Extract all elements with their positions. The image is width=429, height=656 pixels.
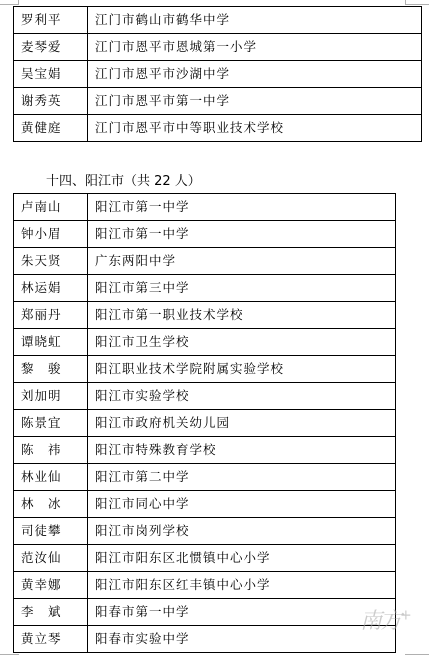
school-name: 阳春市第一中学 <box>88 599 396 626</box>
teacher-name: 罗利平 <box>14 7 88 34</box>
table-row: 卢南山阳江市第一中学 <box>14 194 396 221</box>
table-row: 刘加明阳江市实验学校 <box>14 383 396 410</box>
jiangmen-roster-table: 罗利平 江门市鹤山市鹤华中学 麦琴爱 江门市恩平市恩城第一小学 吴宝娟 江门市恩… <box>13 6 422 142</box>
school-name: 阳江职业技术学院附属实验学校 <box>88 356 396 383</box>
table-row: 谭晓虹阳江市卫生学校 <box>14 329 396 356</box>
table-row: 黄幸娜阳江市阳东区红丰镇中心小学 <box>14 572 396 599</box>
section-heading-yangjiang: 十四、阳江市（共 22 人） <box>46 173 201 191</box>
teacher-name: 司徒攀 <box>14 518 88 545</box>
table-row: 黄立琴阳春市实验中学 <box>14 626 396 653</box>
table-row: 陈 祎阳江市特殊教育学校 <box>14 437 396 464</box>
school-name: 阳江市岗列学校 <box>88 518 396 545</box>
school-name: 阳江市特殊教育学校 <box>88 437 396 464</box>
school-name: 江门市恩平市恩城第一小学 <box>88 34 422 61</box>
page-corner-mark-bottom-right <box>405 654 429 655</box>
teacher-name: 麦琴爱 <box>14 34 88 61</box>
table-row: 钟小眉阳江市第一中学 <box>14 221 396 248</box>
table-row: 朱天贤广东两阳中学 <box>14 248 396 275</box>
page-corner-mark-top-left-h <box>0 4 18 5</box>
teacher-name: 陈景宜 <box>14 410 88 437</box>
school-name: 阳江市第一职业技术学校 <box>88 302 396 329</box>
school-name: 阳江市同心中学 <box>88 491 396 518</box>
table-row: 黎 骏阳江职业技术学院附属实验学校 <box>14 356 396 383</box>
table-row: 李 斌阳春市第一中学 <box>14 599 396 626</box>
school-name: 江门市鹤山市鹤华中学 <box>88 7 422 34</box>
teacher-name: 朱天贤 <box>14 248 88 275</box>
teacher-name: 卢南山 <box>14 194 88 221</box>
page-corner-mark-top-left <box>18 0 19 5</box>
table-row: 林业仙阳江市第二中学 <box>14 464 396 491</box>
school-name: 阳江市实验学校 <box>88 383 396 410</box>
teacher-name: 黄幸娜 <box>14 572 88 599</box>
school-name: 阳江市第二中学 <box>88 464 396 491</box>
teacher-name: 林运娟 <box>14 275 88 302</box>
school-name: 阳江市阳东区红丰镇中心小学 <box>88 572 396 599</box>
table-row: 麦琴爱 江门市恩平市恩城第一小学 <box>14 34 422 61</box>
school-name: 阳江市第一中学 <box>88 221 396 248</box>
teacher-name: 郑丽丹 <box>14 302 88 329</box>
page-corner-mark-bottom-left <box>0 654 19 655</box>
page-corner-mark-top-right-h <box>405 4 429 5</box>
teacher-name: 黄健庭 <box>14 115 88 142</box>
table-row: 范汝仙阳江市阳东区北惯镇中心小学 <box>14 545 396 572</box>
teacher-name: 谭晓虹 <box>14 329 88 356</box>
school-name: 江门市恩平市沙湖中学 <box>88 61 422 88</box>
teacher-name: 谢秀英 <box>14 88 88 115</box>
table-row: 吴宝娟 江门市恩平市沙湖中学 <box>14 61 422 88</box>
teacher-name: 钟小眉 <box>14 221 88 248</box>
teacher-name: 李 斌 <box>14 599 88 626</box>
teacher-name: 黄立琴 <box>14 626 88 653</box>
table-row: 罗利平 江门市鹤山市鹤华中学 <box>14 7 422 34</box>
school-name: 阳江市政府机关幼儿园 <box>88 410 396 437</box>
yangjiang-roster-table: 卢南山阳江市第一中学 钟小眉阳江市第一中学 朱天贤广东两阳中学 林运娟阳江市第三… <box>13 193 396 653</box>
table-row: 谢秀英 江门市恩平市第一中学 <box>14 88 422 115</box>
school-name: 江门市恩平市中等职业技术学校 <box>88 115 422 142</box>
school-name: 阳江市阳东区北惯镇中心小学 <box>88 545 396 572</box>
school-name: 阳江市第一中学 <box>88 194 396 221</box>
table-row: 林 冰阳江市同心中学 <box>14 491 396 518</box>
teacher-name: 刘加明 <box>14 383 88 410</box>
table-row: 陈景宜阳江市政府机关幼儿园 <box>14 410 396 437</box>
teacher-name: 范汝仙 <box>14 545 88 572</box>
teacher-name: 吴宝娟 <box>14 61 88 88</box>
table-row: 林运娟阳江市第三中学 <box>14 275 396 302</box>
teacher-name: 林业仙 <box>14 464 88 491</box>
school-name: 阳江市第三中学 <box>88 275 396 302</box>
table-row: 黄健庭 江门市恩平市中等职业技术学校 <box>14 115 422 142</box>
teacher-name: 林 冰 <box>14 491 88 518</box>
watermark-plus-icon: + <box>400 608 410 624</box>
school-name: 阳江市卫生学校 <box>88 329 396 356</box>
teacher-name: 陈 祎 <box>14 437 88 464</box>
teacher-name: 黎 骏 <box>14 356 88 383</box>
table-row: 司徒攀阳江市岗列学校 <box>14 518 396 545</box>
table-row: 郑丽丹阳江市第一职业技术学校 <box>14 302 396 329</box>
school-name: 广东两阳中学 <box>88 248 396 275</box>
school-name: 江门市恩平市第一中学 <box>88 88 422 115</box>
school-name: 阳春市实验中学 <box>88 626 396 653</box>
